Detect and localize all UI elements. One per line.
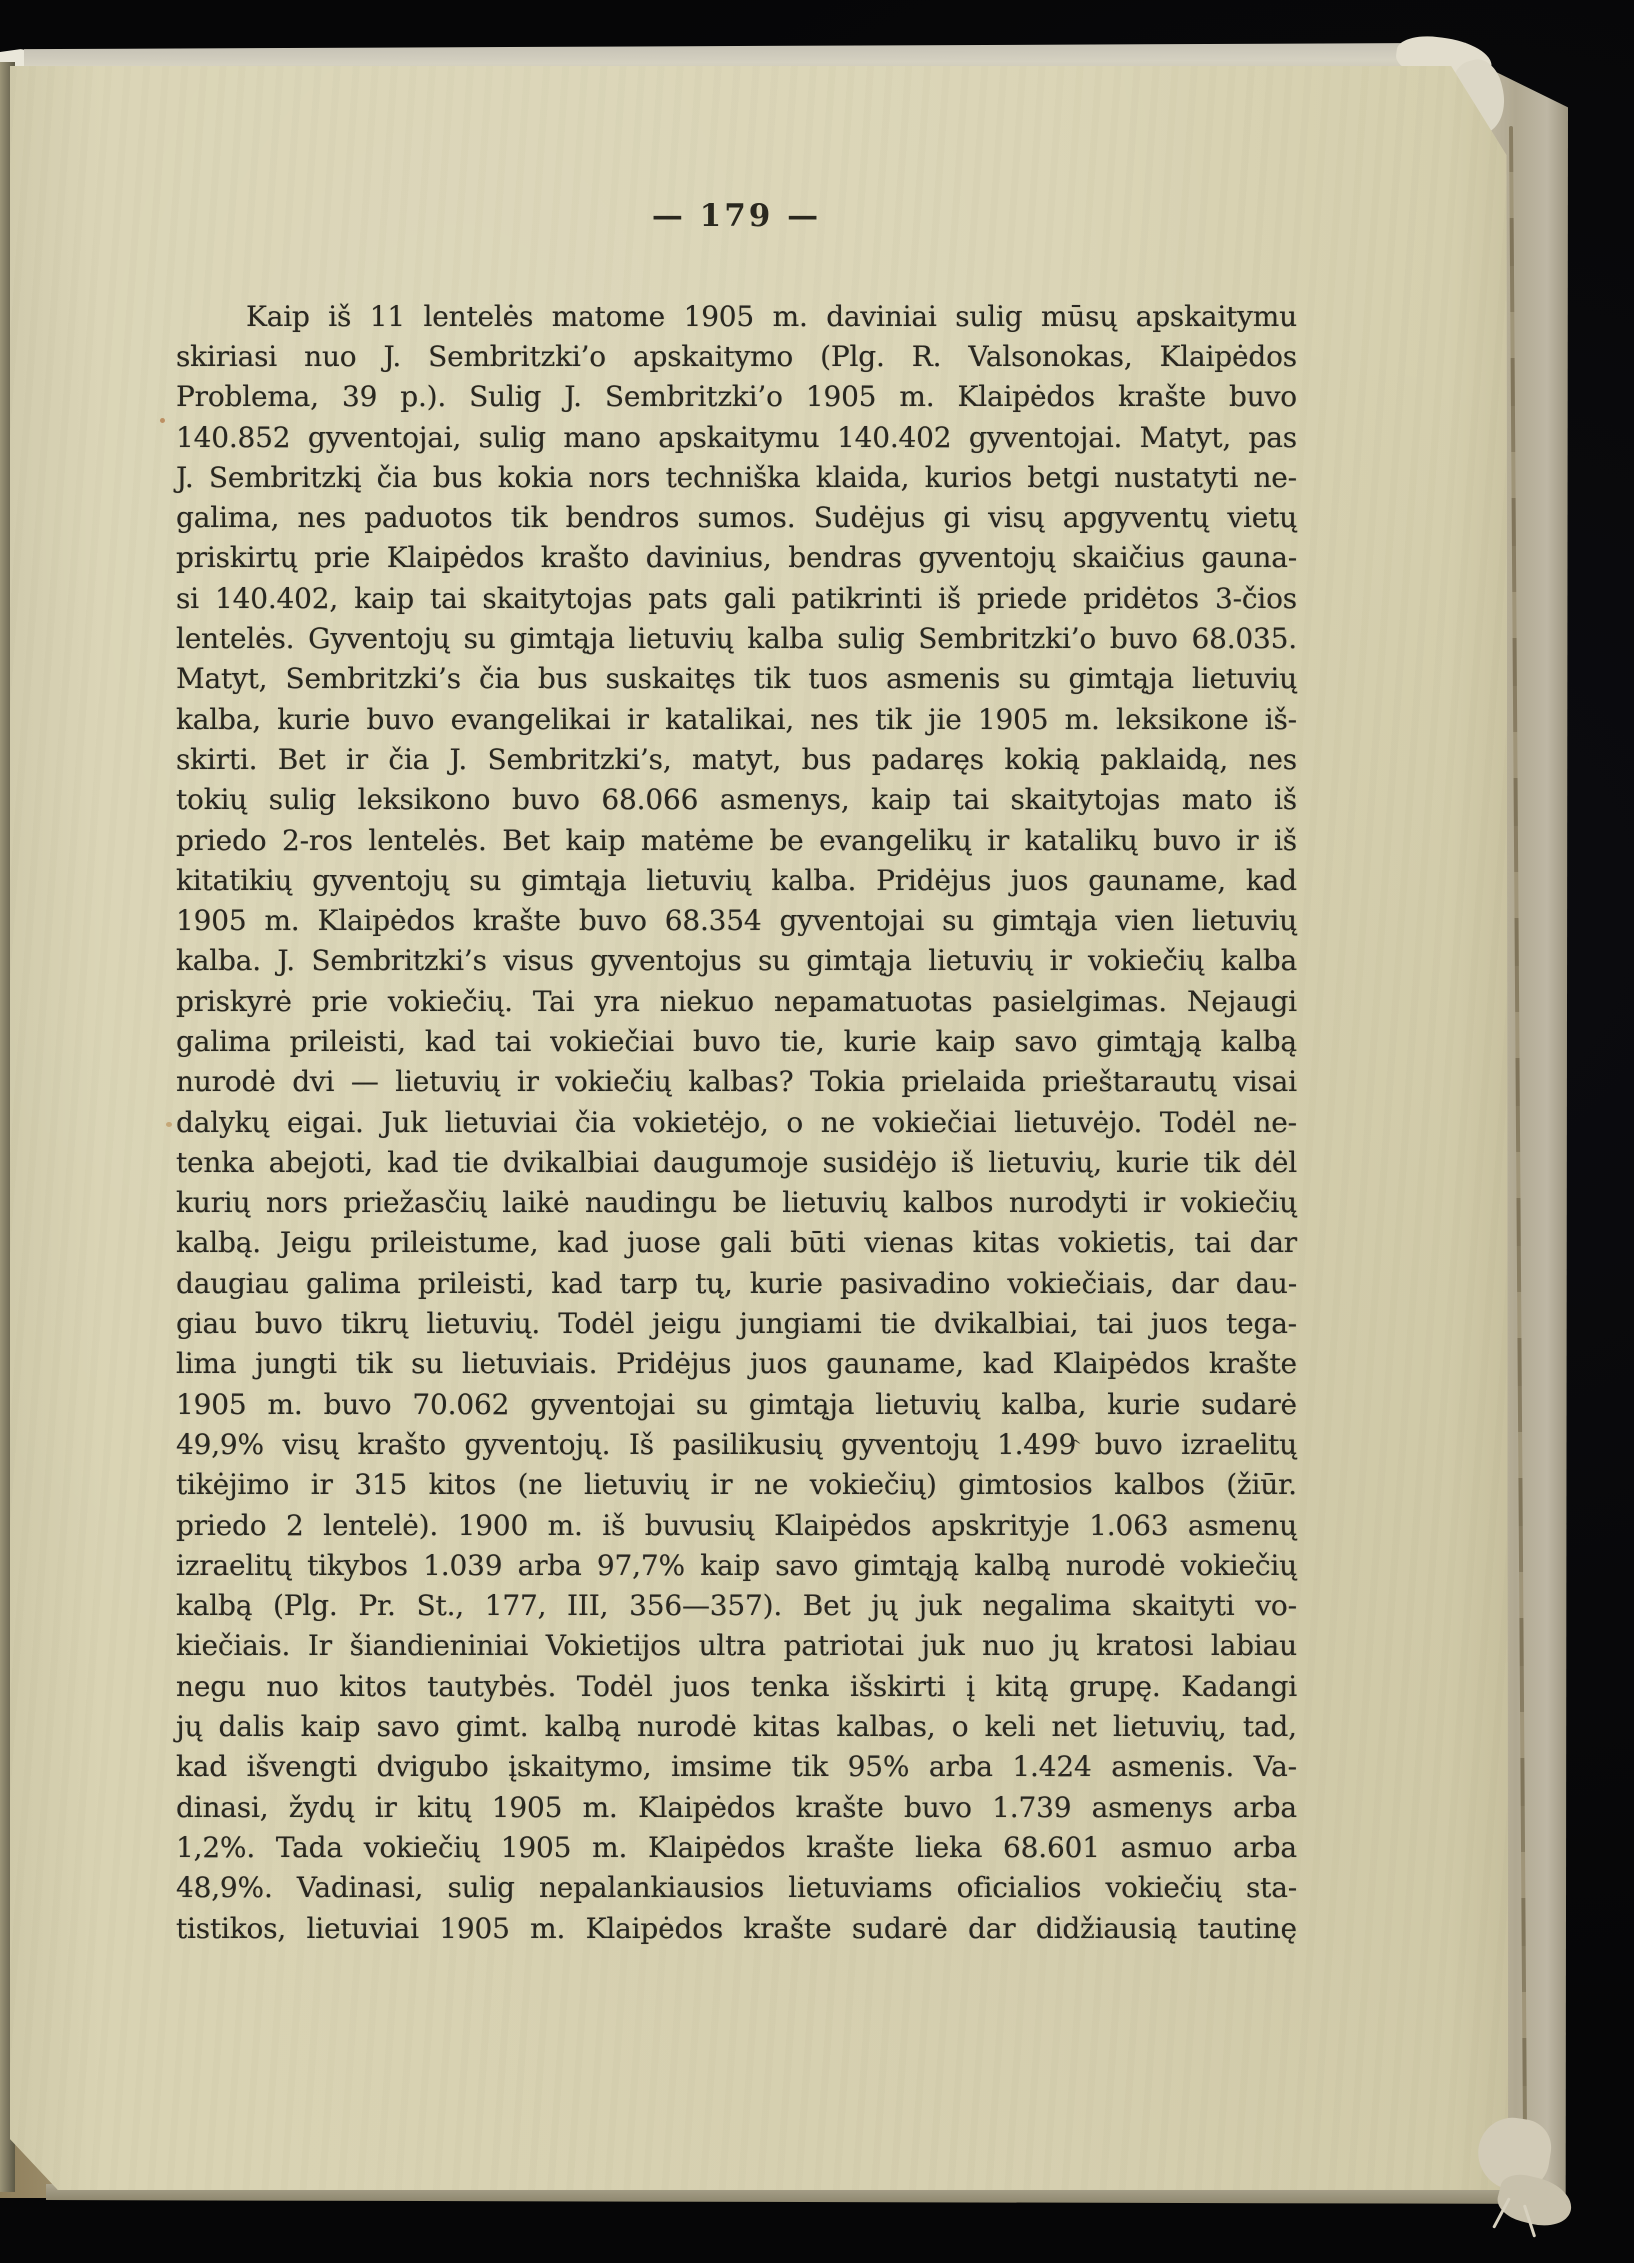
text-line: Problema,39p.).SuligJ.Sembritzki’o1905m.… [176, 377, 1297, 417]
text-line: skiriasinuoJ.Sembritzki’oapskaitymo(Plg.… [176, 336, 1297, 376]
text-line: tistikos,lietuviai1905m.Klaipėdoskraštes… [176, 1908, 1297, 1948]
text-line: skirti.BetirčiaJ.Sembritzki’s,matyt,busp… [176, 739, 1297, 779]
text-line: limajungtitiksulietuviais.Pridėjusjuosga… [176, 1344, 1297, 1384]
text-line: 1,2%.Tadavokiečių1905m.Klaipėdoskrašteli… [176, 1827, 1297, 1867]
text-line: kadišvengtidviguboįskaitymo,imsimetik95%… [176, 1747, 1297, 1787]
text-line: priedo2lentelė).1900m.išbuvusiųKlaipėdos… [176, 1505, 1297, 1545]
fore-edge-crease [1509, 126, 1527, 2136]
text-line: dinasi,žydųirkitų1905m.Klaipėdoskraštebu… [176, 1787, 1297, 1827]
text-line: daugiaugalimaprileisti,kadtarptų,kuriepa… [176, 1263, 1297, 1303]
text-line: priskirtųprieKlaipėdoskraštodavinius,ben… [176, 538, 1297, 578]
text-line: galimaprileisti,kadtaivokiečiaibuvotie,k… [176, 1021, 1297, 1061]
text-line: kuriųnorspriežasčiųlaikėnaudingubelietuv… [176, 1183, 1297, 1223]
scanned-book-photo: — 179 — Kaipiš11lentelėsmatome1905m.davi… [0, 0, 1634, 2263]
paper-speck [160, 418, 165, 423]
text-line: priskyrėprievokiečių.Taiyraniekuonepamat… [176, 981, 1297, 1021]
text-line: dalykųeigai.Juklietuviaičiavokietėjo,one… [176, 1102, 1297, 1142]
text-line: si140.402,kaiptaiskaitytojaspatsgalipati… [176, 578, 1297, 618]
text-line: giaubuvotikrųlietuvių.Todėljeigujungiami… [176, 1303, 1297, 1343]
text-line: J.Sembritzkįčiabuskokianorstechniškaklai… [176, 457, 1297, 497]
text-line: lentelės.Gyventojųsugimtąjalietuviųkalba… [176, 618, 1297, 658]
text-line: kalbą(Plg.Pr.St.,177,III,356—357).Betjųj… [176, 1586, 1297, 1626]
text-line: 140.852gyventojai,suligmanoapskaitymu140… [176, 417, 1297, 457]
text-line: kiečiais.IršiandieniniaiVokietijosultrap… [176, 1626, 1297, 1666]
text-line: tokiųsuligleksikonobuvo68.066asmenys,kai… [176, 780, 1297, 820]
text-line: 1905m.buvo70.062gyventojaisugimtąjalietu… [176, 1384, 1297, 1424]
text-line: kalba,kuriebuvoevangelikaiirkatalikai,ne… [176, 699, 1297, 739]
text-line: negunuokitostautybės.Todėljuostenkaišski… [176, 1666, 1297, 1706]
stray-print-mark: ^ [1068, 1438, 1082, 1454]
text-line: jųdaliskaipsavogimt.kalbąnurodėkitaskalb… [176, 1706, 1297, 1746]
page-number: — 179 — [176, 198, 1297, 234]
text-line: kalbą.Jeiguprileistume,kadjuosegalibūtiv… [176, 1223, 1297, 1263]
text-line: tikėjimoir315kitos(nelietuviųirnevokieči… [176, 1465, 1297, 1505]
text-line: galima,nespaduotostikbendrossumos.Sudėju… [176, 497, 1297, 537]
text-line: 1905m.Klaipėdoskraštebuvo68.354gyventoja… [176, 900, 1297, 940]
text-line: kitatikiųgyventojųsugimtąjalietuviųkalba… [176, 860, 1297, 900]
text-line: izraelitųtikybos1.039arba97,7%kaipsavogi… [176, 1545, 1297, 1585]
text-line: kalba.J.Sembritzki’svisusgyventojussugim… [176, 941, 1297, 981]
text-line: Matyt,Sembritzki’sčiabussuskaitęstiktuos… [176, 659, 1297, 699]
text-line: 49,9%visųkraštogyventojų.Išpasilikusiųgy… [176, 1424, 1297, 1464]
text-line: nurodėdvi—lietuviųirvokiečiųkalbas?Tokia… [176, 1062, 1297, 1102]
text-line: Kaipiš11lentelėsmatome1905m.daviniaisuli… [176, 296, 1297, 336]
text-line: 48,9%.Vadinasi,sulignepalankiausioslietu… [176, 1868, 1297, 1908]
text-line: tenkaabejoti,kadtiedvikalbiaidaugumojesu… [176, 1142, 1297, 1182]
paper-speck [166, 1122, 172, 1127]
text-line: priedo2-roslentelės.Betkaipmatėmebeevang… [176, 820, 1297, 860]
page-body-text: Kaipiš11lentelėsmatome1905m.daviniaisuli… [176, 296, 1297, 1948]
